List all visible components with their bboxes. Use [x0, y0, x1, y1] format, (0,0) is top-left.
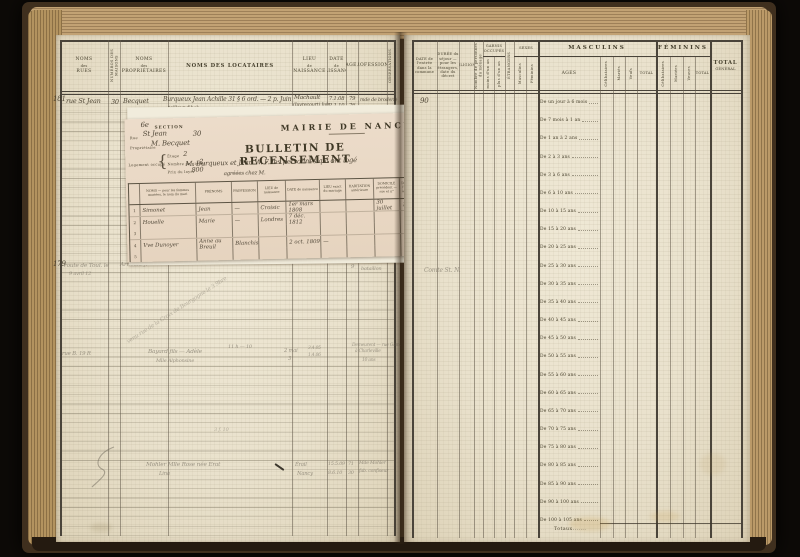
entry-locataires-2: Mlle Alphonsine [156, 358, 194, 364]
age-row: De 7 mois à 1 an [540, 113, 600, 123]
label: NOMS [76, 57, 93, 63]
col-rule [613, 57, 614, 538]
age-label: De 75 à 80 ans [540, 445, 576, 450]
age-row: De 90 à 100 ans [540, 495, 600, 505]
col-header-age: AGE. [346, 41, 358, 91]
cell-mariage [319, 200, 345, 212]
label: NOMS [136, 57, 153, 63]
col-rule [483, 40, 484, 538]
cell-prenom: Jean [195, 203, 231, 215]
col-rule [494, 57, 495, 538]
bulletin-handwritten-line-2: agréées chez M. [224, 170, 266, 177]
entry-observation-3: 10 ans [362, 358, 375, 363]
label: Célibataires [604, 61, 608, 87]
pencil-flourish [88, 443, 122, 491]
label: moins d'un an [486, 59, 490, 88]
entry-rue: rue St Jean [66, 97, 101, 105]
age-row: De 60 à 65 ans [540, 386, 600, 396]
age-label: De 30 à 35 ans [540, 282, 576, 287]
col-rule [437, 40, 438, 538]
entry-age-1: 71 [348, 462, 354, 467]
title-rule [329, 133, 365, 135]
ledger-book: NOMS des RUES NUMÉROS DES MAISONS NOMS d… [22, 2, 776, 553]
age-row: De un jour à 6 mois [540, 95, 600, 105]
pencil-stroke [274, 463, 284, 471]
entry-date-1: 7.1.08 [329, 96, 344, 102]
entry-locataires: Burqueux Jean Achille 31 § 6 ord. — 2 p.… [163, 96, 291, 103]
col-header-numeros-maisons: NUMÉROS DES MAISONS [108, 41, 120, 91]
label: Nombre de personnes du ménage [474, 41, 483, 90]
col-header-religions: RELIGIONS [459, 41, 474, 90]
col-rule [625, 57, 626, 538]
age-row: De 85 à 90 ans [540, 477, 600, 487]
cell-date: 1er mars 1808 [285, 201, 319, 213]
book-gutter [394, 32, 408, 544]
paper-stain [90, 523, 112, 532]
age-row: De 50 à 55 ans [540, 349, 600, 359]
frame-left [412, 40, 414, 538]
sum-rule [710, 523, 741, 524]
age-row: De 45 à 50 ans [540, 331, 600, 341]
label: FÉMININS [658, 45, 708, 52]
bulletin-table-body: 1 Simonet Jean — Croisic 1er mars 1808 3… [129, 199, 418, 263]
col-header-menage: Nombre de personnes du ménage [474, 41, 483, 90]
label: de [334, 64, 339, 68]
label: Veufs [629, 68, 633, 79]
age-label: De 2 à 3 ans [540, 155, 570, 160]
entry-note: Comte St. N. [424, 267, 460, 274]
label: Féminins [530, 64, 534, 83]
cell-habitation [346, 246, 374, 258]
cell-prenom: Anne au Breuil [196, 238, 232, 250]
label: Mariées [674, 65, 678, 82]
age-row: De 25 à 30 ans [540, 259, 600, 269]
subcol-f-celibataires: Célibataires [656, 57, 670, 90]
bulletin-table: NOMS — pour les femmes mariées, le nom d… [128, 177, 420, 263]
cell-date [286, 247, 320, 259]
cell-mariage: — [320, 235, 346, 247]
proprietaire-value: M. Becquet [151, 139, 190, 148]
age-label: De 40 à 45 ans [540, 318, 576, 323]
cell-prenom [196, 249, 232, 261]
entry-observation-2: à Charleville [355, 349, 381, 354]
label: des [81, 64, 88, 68]
label: GÉNÉRAL [715, 67, 735, 71]
age-row: De 40 à 45 ans [540, 313, 600, 323]
cell-habitation [346, 223, 374, 235]
entry-date-2: 8.6.10 [328, 471, 342, 476]
rue-value: St Jean [143, 129, 167, 138]
col-header-proprietaires: NOMS des PROPRIÉTAIRES [120, 41, 168, 91]
label: des [141, 64, 148, 68]
group-header-masculins: MASCULINS [538, 41, 656, 56]
age-row: De 10 à 15 ans [540, 204, 600, 214]
age-label: De 60 à 65 ans [540, 391, 576, 396]
label: AGES [562, 71, 577, 77]
col-rule [695, 57, 696, 538]
label: Veuves [687, 66, 691, 81]
label: RUES [76, 69, 91, 75]
age-row: De 2 à 3 ans [540, 150, 600, 160]
age-row: De 3 à 6 ans [540, 168, 600, 178]
age-row: De 6 à 10 ans [540, 186, 600, 196]
header-underline-1 [412, 90, 742, 91]
diagonal-note: venu rue de la Croix de Bourgogne le 3 9… [126, 276, 228, 345]
label: OBSERVATIONS [388, 49, 392, 83]
entry-lieu-1: Érail [295, 462, 307, 468]
age-label: De 70 à 75 ans [540, 427, 576, 432]
bulletin-col-header [129, 184, 139, 204]
subcol-m-veufs: Veufs [625, 57, 637, 90]
cell-prenom [196, 226, 232, 238]
subcol-m-celibataires: Célibataires [600, 57, 613, 90]
entry-age-1: 79 [349, 96, 355, 102]
cell-nom: Simonet [139, 204, 195, 216]
label: NOMS DES LOCATAIRES [186, 63, 274, 70]
cell-habitation [345, 200, 373, 212]
cell-profession [232, 248, 258, 260]
label: DATE [329, 57, 344, 63]
cell-mariage [320, 246, 346, 258]
label: NAISSANCE [293, 69, 326, 75]
numero-value: 30 [193, 130, 202, 138]
entry-locataires-2: Lina [159, 471, 170, 477]
age-label: De 1 an à 2 ans [540, 136, 577, 141]
row-number: 2 [130, 217, 140, 228]
age-label: De 50 à 55 ans [540, 354, 576, 359]
age-row: De 15 à 20 ans [540, 222, 600, 232]
entry-proprietaire: Becquet [123, 97, 149, 105]
label: DATE de l'entrée dans la commune [412, 57, 437, 75]
frame-right [741, 40, 743, 538]
entry-rue: rue B. 19 R [62, 351, 91, 357]
col-rule [459, 40, 460, 538]
brace: { [157, 151, 168, 170]
cell-profession: Blanchis. [232, 237, 258, 249]
label: Célibataires [661, 61, 665, 87]
age-label: De 35 à 40 ans [540, 300, 576, 305]
col-rule [514, 40, 515, 538]
label: Masculins [518, 63, 522, 84]
subcol-f-veuves: Veuves [683, 57, 695, 90]
label: plus d'un an [497, 61, 501, 87]
col-rule [670, 57, 671, 538]
cell-lieu [258, 248, 286, 260]
group-header-garnis: GARNIS OCCUPÉS [483, 41, 505, 56]
cell-nom [140, 250, 196, 262]
etage-label: Étage [167, 154, 179, 158]
age-label: De 45 à 50 ans [540, 336, 576, 341]
subcol-m-maries: Mariés [613, 57, 625, 90]
age-label: De 65 à 70 ans [540, 409, 576, 414]
col-header-locataires: NOMS DES LOCATAIRES [168, 41, 292, 91]
col-rule [683, 57, 684, 538]
age-row: De 30 à 35 ans [540, 277, 600, 287]
label: RELIGIONS [459, 63, 474, 67]
header-underline-2 [412, 93, 742, 95]
col-header-etrangers: ÉTRANGERS [505, 41, 514, 90]
frame-left [60, 40, 62, 536]
subcol-garnis-plus: plus d'un an [494, 57, 505, 90]
age-row: De 80 à 85 ans [540, 458, 600, 468]
entry-date-1: 15.5.09 [328, 462, 345, 467]
bulletin-de-recensement: 6e SECTION Rue St Jean 30 Propriétaire M… [124, 113, 421, 263]
cell-nom [140, 227, 196, 239]
col-header-date-entree: DATE de l'entrée dans la commune [412, 41, 437, 90]
entry-date-entree: 90 [420, 97, 429, 105]
margin-number: 181 [53, 95, 66, 103]
cell-lieu [258, 237, 286, 249]
age-row: De 65 à 70 ans [540, 404, 600, 414]
bulletin-col-header: LIEU exact du mariage [319, 179, 345, 200]
cell-prenom: Marie [196, 215, 232, 227]
bulletin-col-header: DATE de naissance [285, 180, 319, 201]
cell-profession: — [231, 202, 257, 214]
label: GARNIS OCCUPÉS [483, 44, 505, 53]
entry-profession-1: Mde Mohler [359, 461, 386, 466]
age-row: De 70 à 75 ans [540, 422, 600, 432]
cell-mariage [320, 212, 346, 224]
label: TOTAL [714, 60, 738, 67]
age-row: De 35 à 40 ans [540, 295, 600, 305]
age-label: De 55 à 60 ans [540, 373, 576, 378]
col-rule [600, 57, 601, 538]
entry-small-date-2: 1.4.06 [308, 353, 321, 358]
row-number: 1 [129, 205, 139, 216]
col-header-professions: PROFESSIONS [358, 41, 387, 91]
paper-stain [700, 453, 726, 475]
age-label: De 80 à 85 ans [540, 463, 576, 468]
label: TOTAL [696, 71, 710, 75]
label: ÉTRANGERS [507, 52, 511, 79]
entry-profession-2: fab. confiseur [359, 469, 388, 474]
paper-stain [650, 511, 680, 522]
bulletin-col-header: NOMS — pour les femmes mariées, le nom d… [139, 183, 195, 204]
entry-age: 9 [351, 264, 354, 270]
section-number: 6e [140, 121, 148, 129]
group-header-feminins: FÉMININS [656, 41, 710, 56]
photo-background: NOMS des RUES NUMÉROS DES MAISONS NOMS d… [0, 0, 800, 557]
right-page: DATE de l'entrée dans la commune DURÉE d… [404, 35, 750, 542]
age-label: De 25 à 30 ans [540, 264, 576, 269]
subcol-f-total: TOTAL [695, 57, 710, 90]
age-label: De 85 à 90 ans [540, 482, 576, 487]
cell-habitation [346, 235, 374, 247]
age-row: De 75 à 80 ans [540, 440, 600, 450]
sum-rule [656, 523, 710, 524]
label: TOTAL [640, 71, 654, 75]
label: DURÉE du séjour — pour les étrangers, da… [437, 52, 459, 79]
subcol-sexe-masculin: Masculins [514, 57, 526, 90]
age-row: De 55 à 60 ans [540, 368, 600, 378]
bulletin-col-header: PROFESSION [231, 181, 257, 202]
row-number: 5 [130, 251, 140, 262]
label: NAISSANCE [327, 69, 346, 75]
subcol-sexe-feminin: Féminins [526, 57, 538, 90]
label: LIEU [303, 57, 316, 63]
cell-lieu [258, 225, 286, 237]
row-number: 4 [130, 240, 140, 251]
col-header-observations: OBSERVATIONS [387, 41, 394, 91]
label: MASCULINS [568, 45, 626, 52]
entry-locataires: Mohler Mlle Rose née Erat [146, 462, 220, 468]
age-label: De un jour à 6 mois [540, 100, 587, 105]
cell-lieu: Londres [258, 214, 286, 226]
subcol-f-mariees: Mariées [670, 57, 683, 90]
entry-rue: route de Toul. le [64, 263, 109, 269]
label: SEXES [519, 46, 533, 50]
row-number: 3 [130, 228, 140, 239]
col-header-lieu: LIEU de NAISSANCE [292, 41, 327, 91]
entry-date-1: 2 mai [284, 348, 298, 354]
age-label: De 7 mois à 1 an [540, 118, 580, 123]
rue-label: Rue [130, 136, 138, 140]
bulletin-col-header: LIEU de naissance [257, 181, 285, 202]
entry-locataires: Bayard fils — Adèle [148, 349, 202, 355]
age-row: De 20 à 25 ans [540, 240, 600, 250]
age-row: De 1 an à 2 ans [540, 131, 600, 141]
col-header-rues: NOMS des RUES [60, 41, 108, 91]
age-ladder: De un jour à 6 moisDe 7 mois à 1 anDe 1 … [540, 95, 600, 523]
col-header-date: DATE de NAISSANCE [327, 41, 346, 91]
cell-profession: — [232, 214, 258, 226]
col-rule [474, 40, 475, 538]
label: PROPRIÉTAIRES [122, 69, 166, 75]
cell-habitation [346, 212, 374, 224]
col-rule [637, 57, 638, 538]
cell-mariage [320, 223, 346, 235]
age-label: De 15 à 20 ans [540, 227, 576, 232]
cell-date: 7 déc. 1812 [286, 213, 320, 225]
col-rule-feminins [656, 40, 658, 538]
subcol-m-total: TOTAL [637, 57, 656, 90]
label: NUMÉROS DES MAISONS [110, 41, 119, 91]
paper-stain [569, 517, 611, 531]
subcol-garnis-moins: moins d'un an [483, 57, 494, 90]
cell-lieu: Croisic [257, 202, 285, 214]
cell-profession [232, 225, 258, 237]
entry-rue-2: 9 avril 12 [69, 271, 91, 277]
label: de [307, 64, 312, 68]
age-label: De 90 à 100 ans [540, 500, 579, 505]
subcol-ages: AGES [538, 57, 600, 90]
bulletin-col-header: HABITATION antérieure [345, 179, 373, 200]
age-label: De 3 à 6 ans [540, 173, 570, 178]
label: PROFESSIONS [358, 63, 387, 69]
pencil-fragment: 3 f. 10 [214, 427, 229, 433]
entry-small-date-1: 3.4.05 [308, 346, 321, 351]
cell-date [286, 224, 320, 236]
col-rule [526, 57, 527, 538]
col-header-total-general: TOTAL GÉNÉRAL [710, 41, 741, 90]
age-label: De 10 à 15 ans [540, 209, 576, 214]
group-header-sexes: SEXES [514, 41, 538, 56]
entry-lieu-2: Nancy [297, 471, 313, 477]
col-rule [505, 40, 506, 538]
entry-date-2: 3 [288, 356, 291, 362]
label: AGE. [346, 63, 358, 69]
bulletin-col-header: PRÉNOMS [195, 182, 231, 203]
col-header-duree-sejour: DURÉE du séjour — pour les étrangers, da… [437, 41, 459, 90]
entry-profession: bataillon [361, 266, 381, 272]
age-label: De 6 à 10 ans [540, 191, 573, 196]
entry-note: 11 h — 10 [228, 344, 252, 350]
entry-numero: 30 [111, 98, 119, 106]
entry-profession: mde de broderie [360, 98, 397, 103]
cell-date: 2 oct. 1809 [286, 236, 320, 248]
entry-age-2: 30 [348, 471, 354, 476]
age-label: De 20 à 25 ans [540, 245, 576, 250]
entry-lieu: Machault [294, 95, 320, 101]
left-page: NOMS des RUES NUMÉROS DES MAISONS NOMS d… [56, 35, 400, 542]
label: Mariés [617, 66, 621, 80]
